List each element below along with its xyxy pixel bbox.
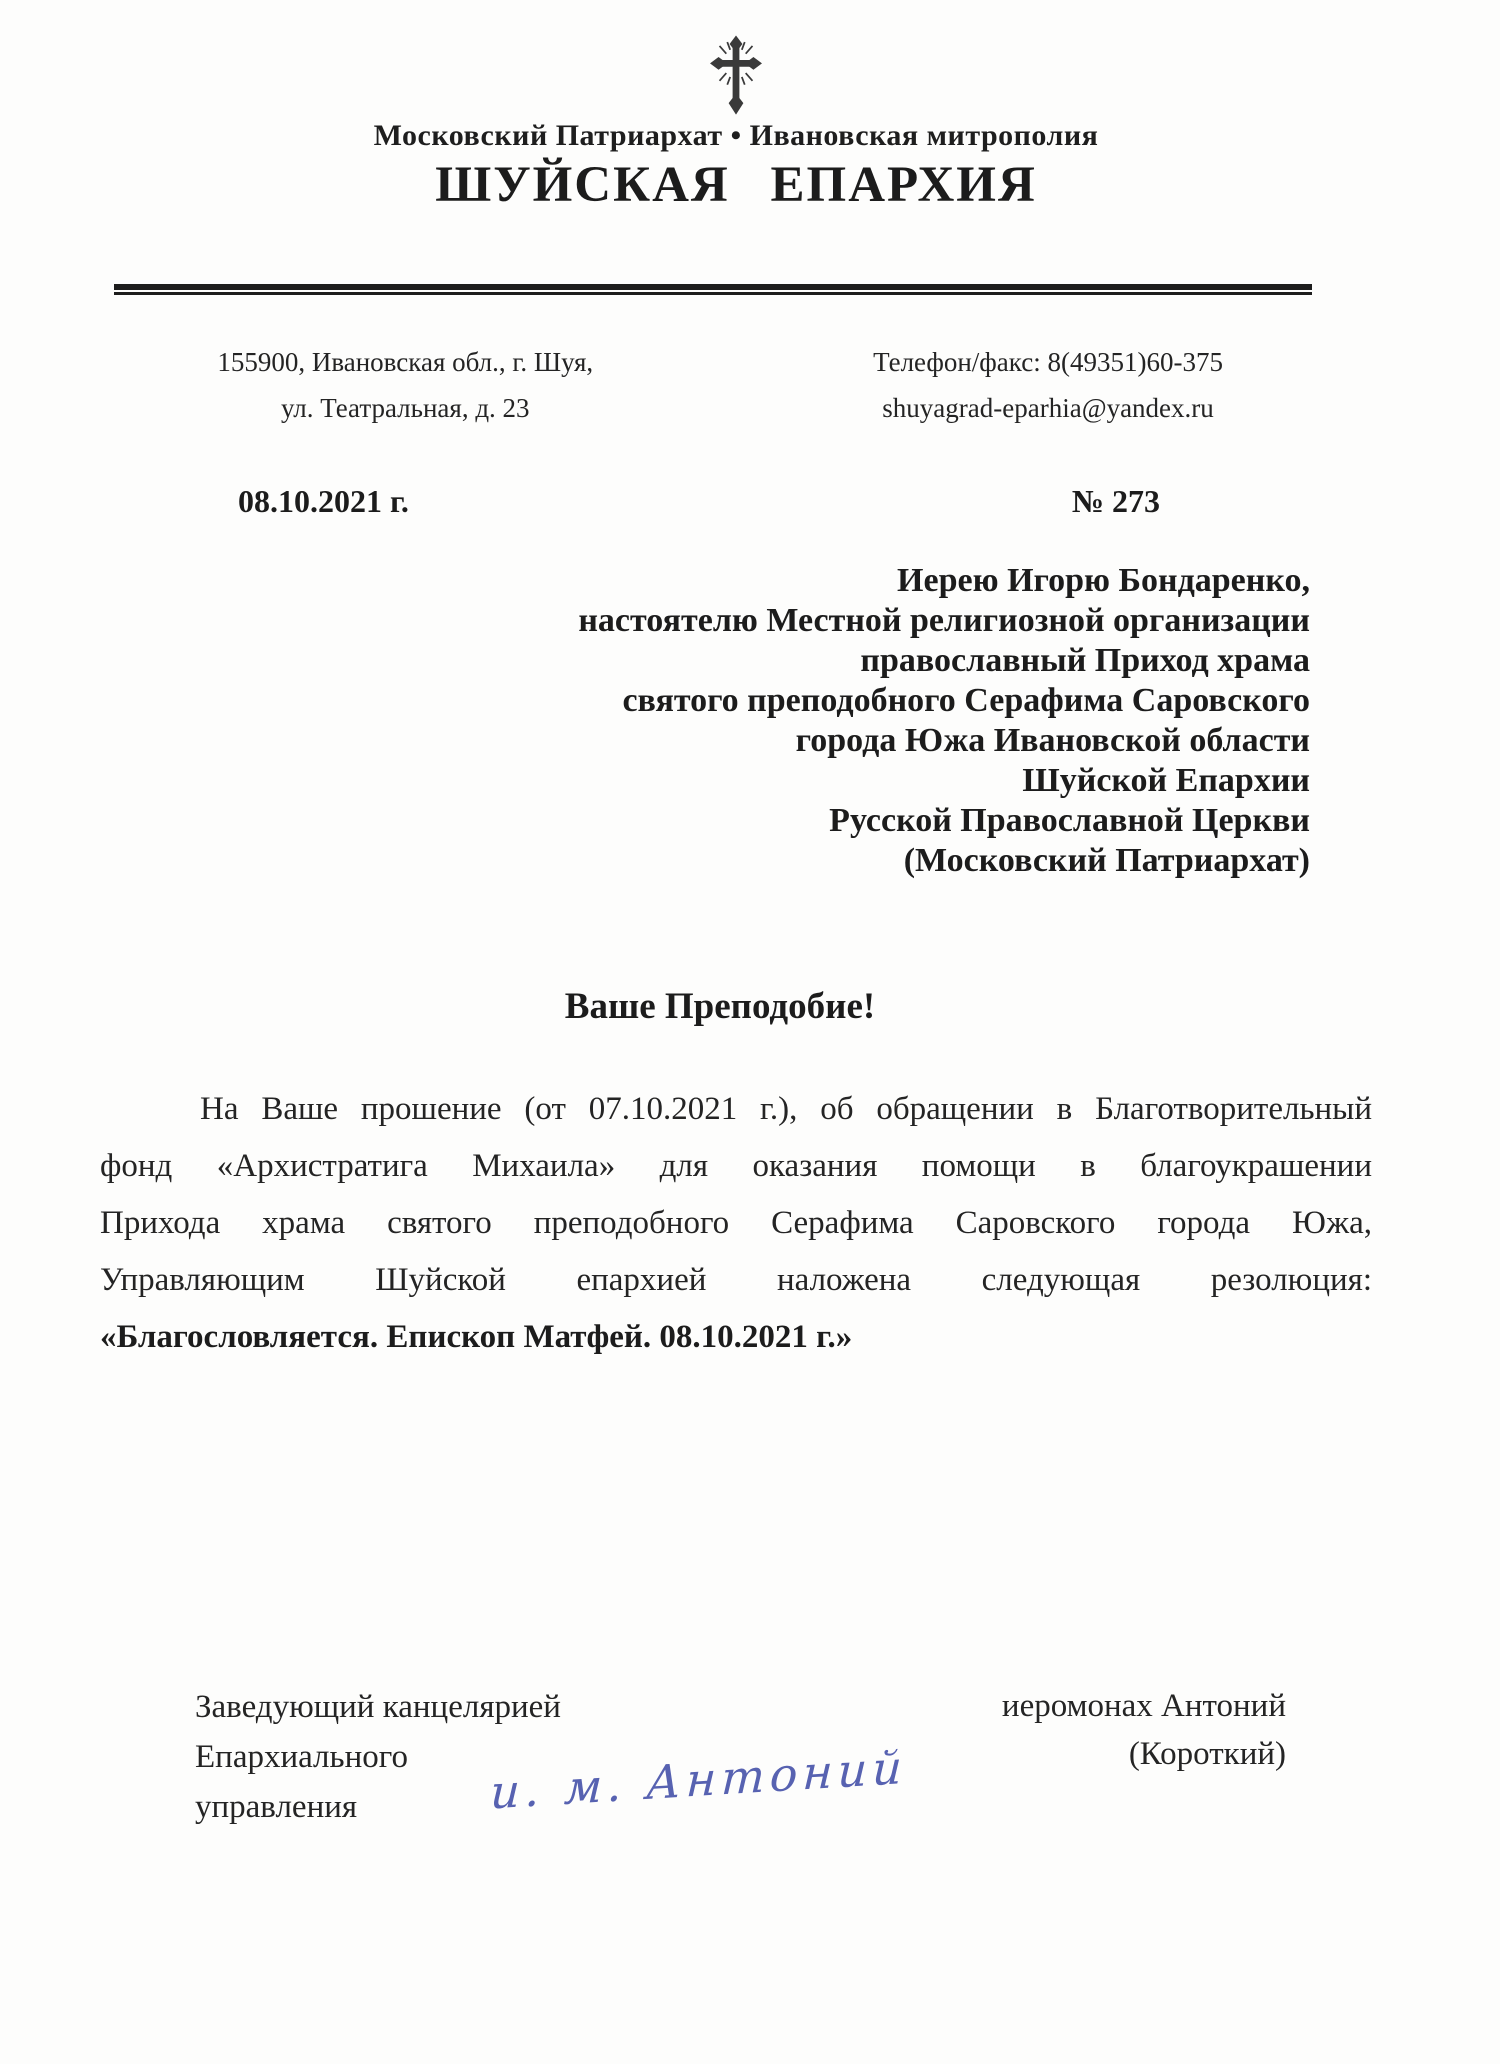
body-line: Управляющим Шуйской епархией наложена сл… xyxy=(100,1252,1372,1309)
email-line: shuyagrad-eparhia@yandex.ru xyxy=(819,385,1277,431)
letter-body: На Ваше прошение (от 07.10.2021 г.), об … xyxy=(100,1081,1372,1366)
recipient-line: города Южа Ивановской области xyxy=(100,721,1310,761)
recipient-line: святого преподобного Серафима Саровского xyxy=(100,681,1310,721)
recipient-line: Шуйской Епархии xyxy=(100,761,1310,801)
letter-page: Московский Патриархат • Ивановская митро… xyxy=(0,0,1500,2064)
letterhead-address: 155900, Ивановская обл., г. Шуя, ул. Теа… xyxy=(100,339,711,431)
letterhead-patriarchate-line: Московский Патриархат • Ивановская митро… xyxy=(100,118,1372,154)
recipient-line: (Московский Патриархат) xyxy=(100,841,1310,881)
letterhead-divider xyxy=(114,284,1312,295)
recipient-line: настоятелю Местной религиозной организац… xyxy=(100,601,1310,641)
recipient-block: Иерею Игорю Бондаренко, настоятелю Местн… xyxy=(100,561,1310,881)
signer-name-line: иеромонах Антоний xyxy=(1002,1682,1286,1730)
reference-row: 08.10.2021 г. № 273 xyxy=(100,481,1372,521)
body-line: Прихода храма святого преподобного Сераф… xyxy=(100,1195,1372,1252)
letterhead: Московский Патриархат • Ивановская митро… xyxy=(100,0,1372,431)
letter-number: № 273 xyxy=(1072,481,1160,521)
recipient-line: православный Приход храма xyxy=(100,641,1310,681)
resolution-line: «Благословляется. Епископ Матфей. 08.10.… xyxy=(100,1309,1372,1366)
salutation: Ваше Преподобие! xyxy=(100,985,1372,1029)
body-line: фонд «Архистратига Михаила» для оказания… xyxy=(100,1138,1372,1195)
letterhead-contacts-row: 155900, Ивановская обл., г. Шуя, ул. Теа… xyxy=(100,339,1372,431)
letter-date: 08.10.2021 г. xyxy=(238,481,409,521)
signer-name-line: (Короткий) xyxy=(1002,1730,1286,1778)
body-line: На Ваше прошение (от 07.10.2021 г.), об … xyxy=(100,1081,1372,1138)
signer-name: иеромонах Антоний (Короткий) xyxy=(1002,1682,1286,1832)
orthodox-cross-icon xyxy=(100,0,1372,118)
phone-line: Телефон/факс: 8(49351)60-375 xyxy=(819,339,1277,385)
recipient-line: Иерею Игорю Бондаренко, xyxy=(100,561,1310,601)
signer-position-line: Заведующий канцелярией xyxy=(195,1682,561,1732)
letterhead-phone-email: Телефон/факс: 8(49351)60-375 shuyagrad-e… xyxy=(819,339,1277,431)
address-line: 155900, Ивановская обл., г. Шуя, xyxy=(100,339,711,385)
recipient-line: Русской Православной Церкви xyxy=(100,801,1310,841)
address-line: ул. Театральная, д. 23 xyxy=(100,385,711,431)
letterhead-eparchy-title: ШУЙСКАЯ ЕПАРХИЯ xyxy=(100,156,1372,214)
